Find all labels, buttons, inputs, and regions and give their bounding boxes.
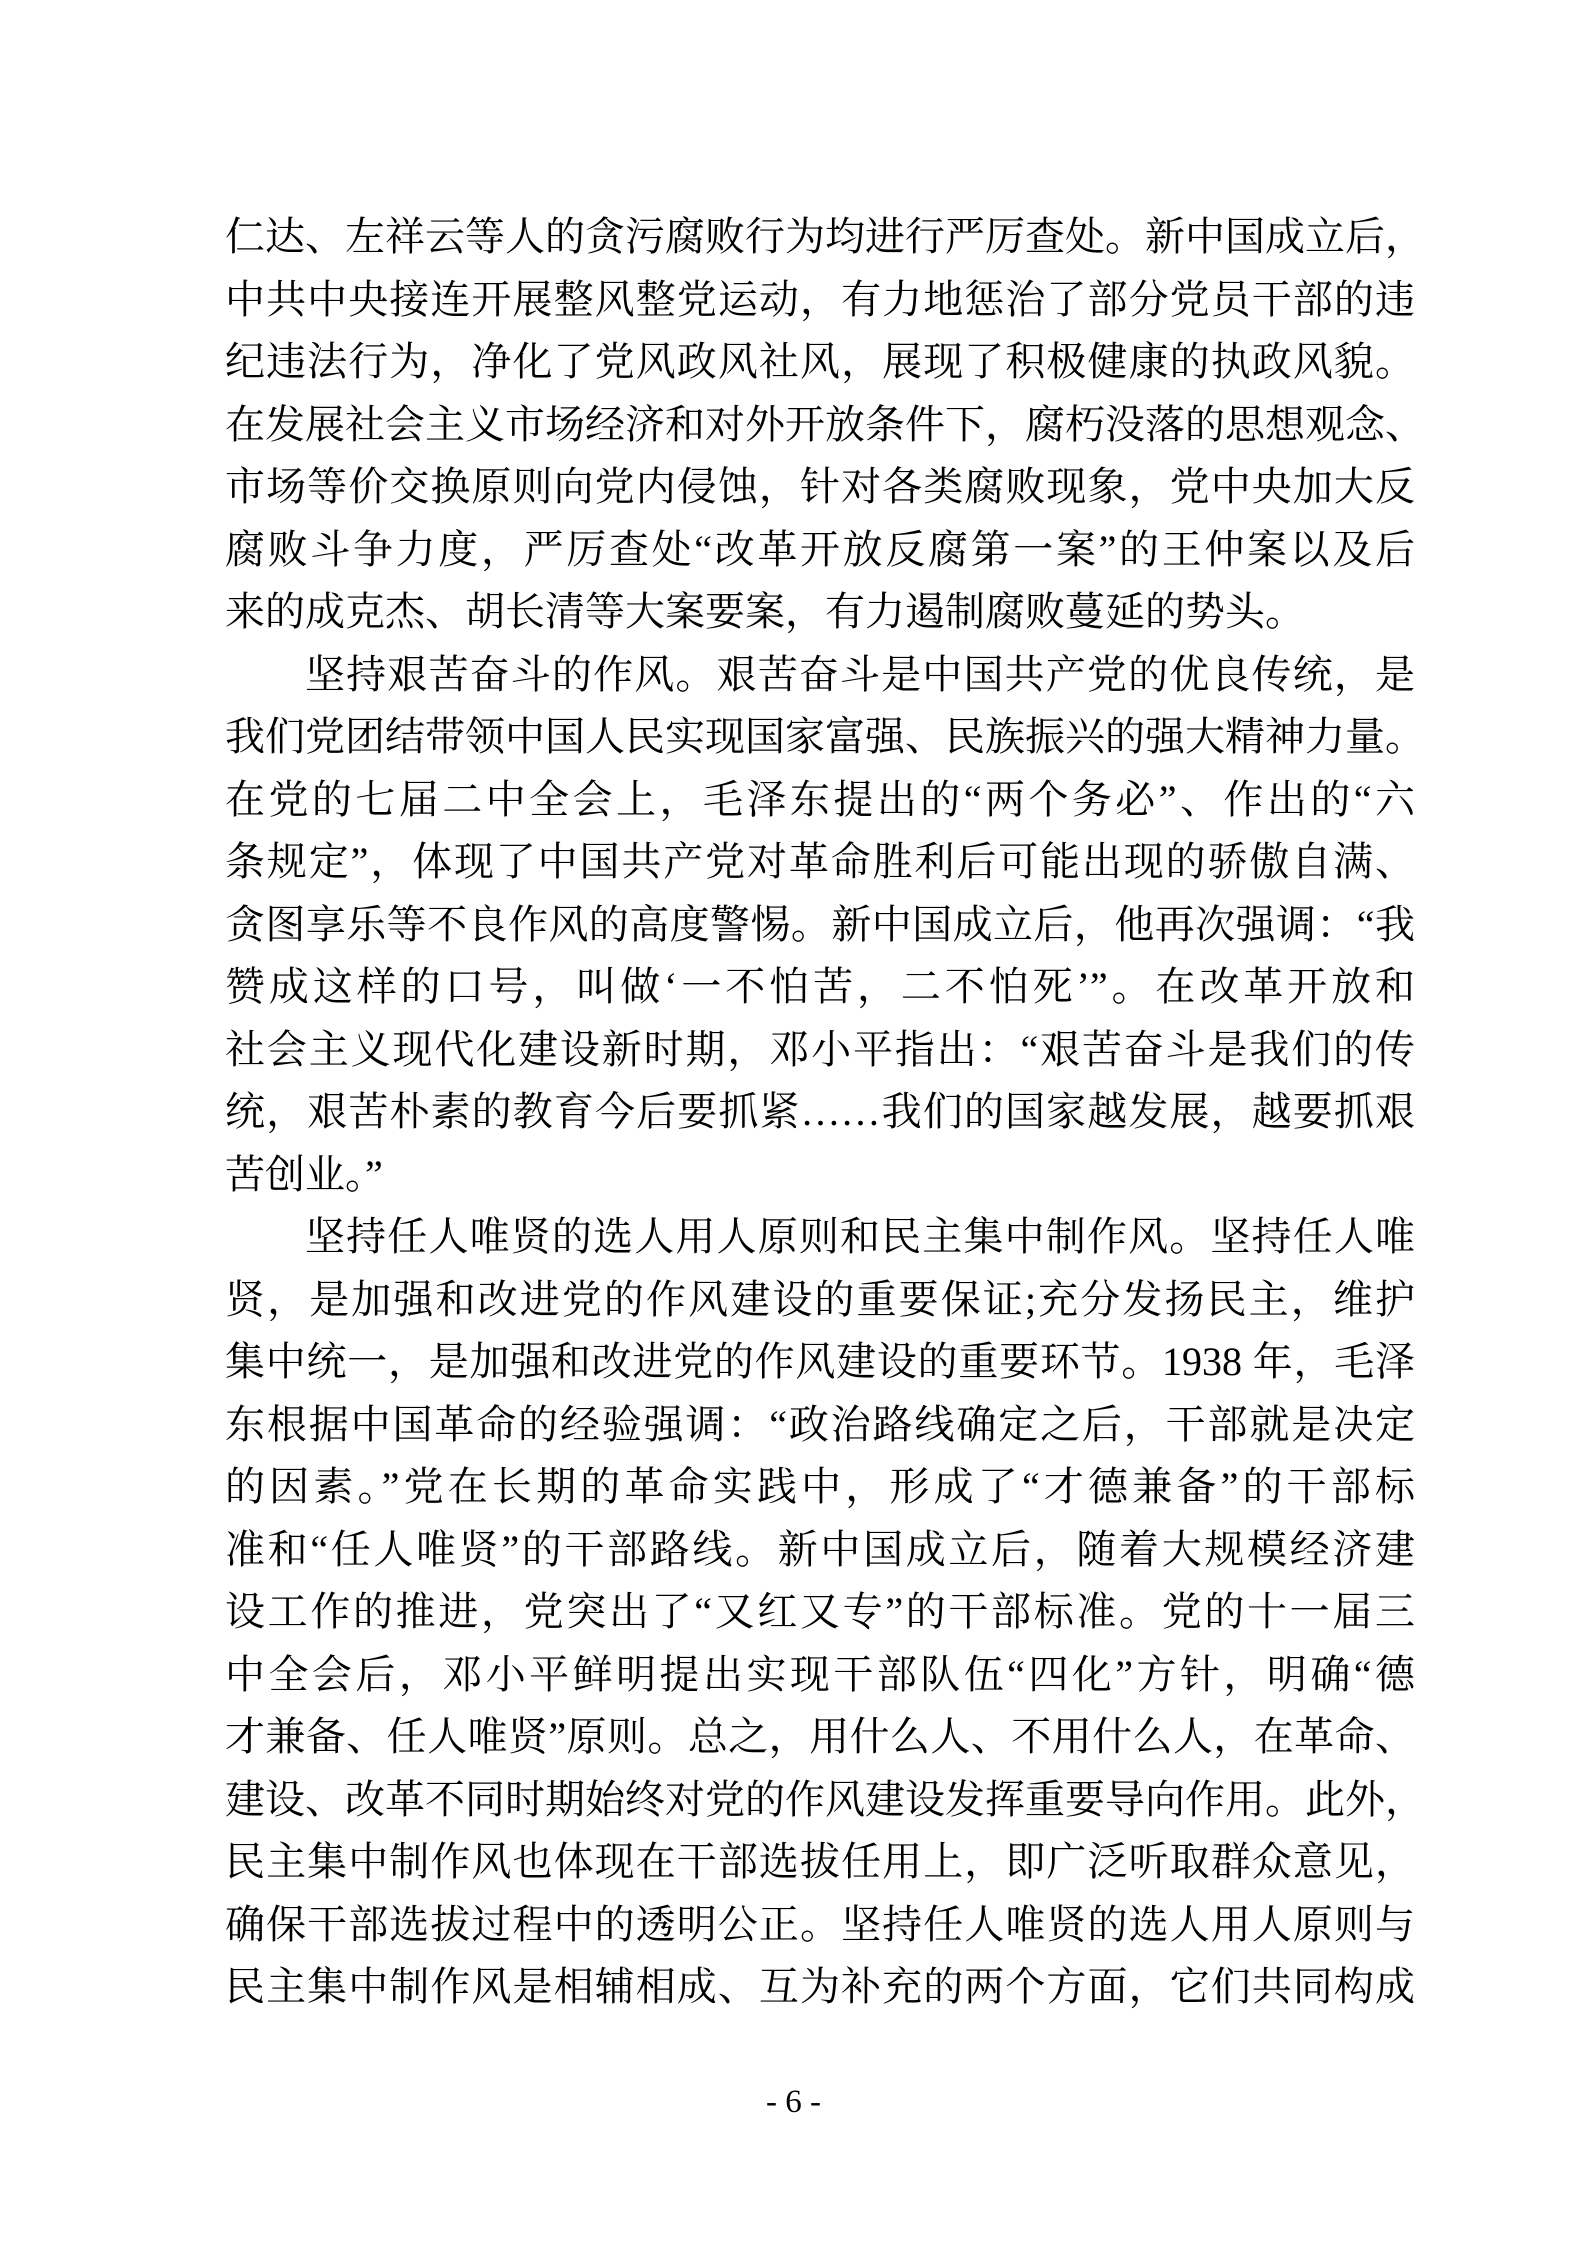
text-line: 腐败斗争力度，严厉查处“改革开放反腐第一案”的王仲案以及后 [225,519,1415,582]
text-line: 坚持艰苦奋斗的作风。艰苦奋斗是中国共产党的优良传统，是 [225,644,1415,707]
text-line: 社会主义现代化建设新时期，邓小平指出：“艰苦奋斗是我们的传 [225,1019,1415,1082]
text-line: 东根据中国革命的经验强调：“政治路线确定之后，干部就是决定 [225,1394,1415,1457]
text-line: 苦创业。” [225,1144,1415,1207]
text-line: 来的成克杰、胡长清等大案要案，有力遏制腐败蔓延的势头。 [225,581,1415,644]
text-line: 中全会后，邓小平鲜明提出实现干部队伍“四化”方针，明确“德 [225,1644,1415,1707]
text-line: 我们党团结带领中国人民实现国家富强、民族振兴的强大精神力量。 [225,706,1415,769]
text-line: 条规定”，体现了中国共产党对革命胜利后可能出现的骄傲自满、 [225,831,1415,894]
text-line: 在发展社会主义市场经济和对外开放条件下，腐朽没落的思想观念、 [225,394,1415,457]
text-line: 确保干部选拔过程中的透明公正。坚持任人唯贤的选人用人原则与 [225,1894,1415,1957]
text-line: 民主集中制作风是相辅相成、互为补充的两个方面，它们共同构成 [225,1956,1415,2019]
body-text: 仁达、左祥云等人的贪污腐败行为均进行严厉查处。新中国成立后，中共中央接连开展整风… [225,206,1415,2019]
document-page: 仁达、左祥云等人的贪污腐败行为均进行严厉查处。新中国成立后，中共中央接连开展整风… [0,0,1587,2245]
text-line: 的因素。”党在长期的革命实践中，形成了“才德兼备”的干部标 [225,1456,1415,1519]
text-line: 民主集中制作风也体现在干部选拔任用上，即广泛听取群众意见， [225,1831,1415,1894]
text-line: 集中统一，是加强和改进党的作风建设的重要环节。1938 年，毛泽 [225,1331,1415,1394]
text-line: 市场等价交换原则向党内侵蚀，针对各类腐败现象，党中央加大反 [225,456,1415,519]
text-line: 赞成这样的口号，叫做‘一不怕苦，二不怕死’”。在改革开放和 [225,956,1415,1019]
text-line: 在党的七届二中全会上，毛泽东提出的“两个务必”、作出的“六 [225,769,1415,832]
text-line: 仁达、左祥云等人的贪污腐败行为均进行严厉查处。新中国成立后， [225,206,1415,269]
text-line: 才兼备、任人唯贤”原则。总之，用什么人、不用什么人，在革命、 [225,1706,1415,1769]
text-line: 坚持任人唯贤的选人用人原则和民主集中制作风。坚持任人唯 [225,1206,1415,1269]
page-number: - 6 - [0,2082,1587,2122]
text-line: 贤，是加强和改进党的作风建设的重要保证;充分发扬民主，维护 [225,1269,1415,1332]
text-line: 纪违法行为，净化了党风政风社风，展现了积极健康的执政风貌。 [225,331,1415,394]
text-line: 建设、改革不同时期始终对党的作风建设发挥重要导向作用。此外， [225,1769,1415,1832]
text-line: 贪图享乐等不良作风的高度警惕。新中国成立后，他再次强调：“我 [225,894,1415,957]
text-line: 统，艰苦朴素的教育今后要抓紧……我们的国家越发展，越要抓艰 [225,1081,1415,1144]
text-line: 设工作的推进，党突出了“又红又专”的干部标准。党的十一届三 [225,1581,1415,1644]
text-line: 准和“任人唯贤”的干部路线。新中国成立后，随着大规模经济建 [225,1519,1415,1582]
text-line: 中共中央接连开展整风整党运动，有力地惩治了部分党员干部的违 [225,269,1415,332]
